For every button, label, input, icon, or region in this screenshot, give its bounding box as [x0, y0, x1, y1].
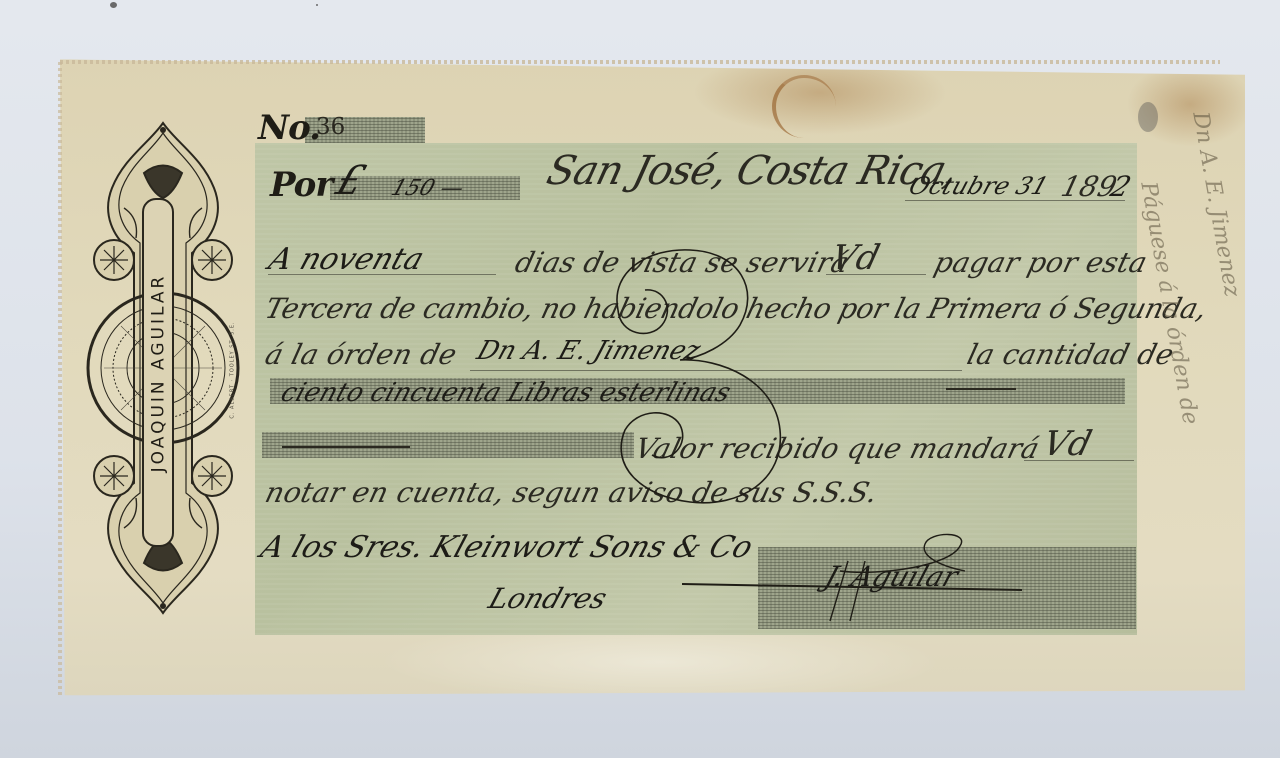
continuation-security-bar — [262, 432, 634, 458]
amount-figures: 150 — — [388, 176, 467, 201]
addressee-line1: A los Sres. Kleinwort Sons & Co — [256, 530, 757, 565]
bill-number: 36 — [316, 114, 345, 140]
place-of-issue: San José, Costa Rica, — [542, 148, 962, 194]
background-speck — [316, 4, 318, 6]
rust-stain — [772, 75, 836, 138]
line5-vd: Vd — [1039, 424, 1096, 464]
background-speck — [110, 2, 117, 8]
term-rule — [268, 274, 496, 275]
line3-printed-end: la cantidad de — [964, 338, 1178, 371]
continuation-dash — [282, 446, 410, 448]
tercera-numeral-3 — [590, 240, 790, 510]
ink-blot — [1138, 102, 1158, 132]
line1-printed-end: pagar por esta — [931, 246, 1151, 279]
drawer-name-plate: JOAQUIN AGUILAR — [142, 198, 174, 547]
line5-rule — [1024, 460, 1134, 461]
line3-printed-start: á la órden de — [262, 338, 460, 371]
term-handwritten: A noventa — [264, 242, 428, 277]
addressee-city: Londres — [485, 582, 611, 615]
engraver-imprint: C. ALBERT · TOOLEY ST. S.E. — [226, 300, 240, 440]
signature-loop — [810, 526, 980, 626]
date-rule — [905, 200, 1125, 201]
line1-rule — [826, 274, 926, 275]
number-label: No. — [258, 108, 320, 148]
drawer-name-text: JOAQUIN AGUILAR — [148, 273, 168, 472]
amount-label: Por — [270, 165, 332, 205]
engraver-imprint-text: C. ALBERT · TOOLEY ST. S.E. — [230, 321, 236, 418]
date-handwritten: Octubre 31 — [905, 172, 1052, 200]
line1-vd: Vd — [827, 238, 884, 278]
amount-words-dash — [946, 388, 1016, 390]
perforated-left-edge — [58, 62, 62, 698]
perforated-top-edge — [60, 60, 1220, 64]
